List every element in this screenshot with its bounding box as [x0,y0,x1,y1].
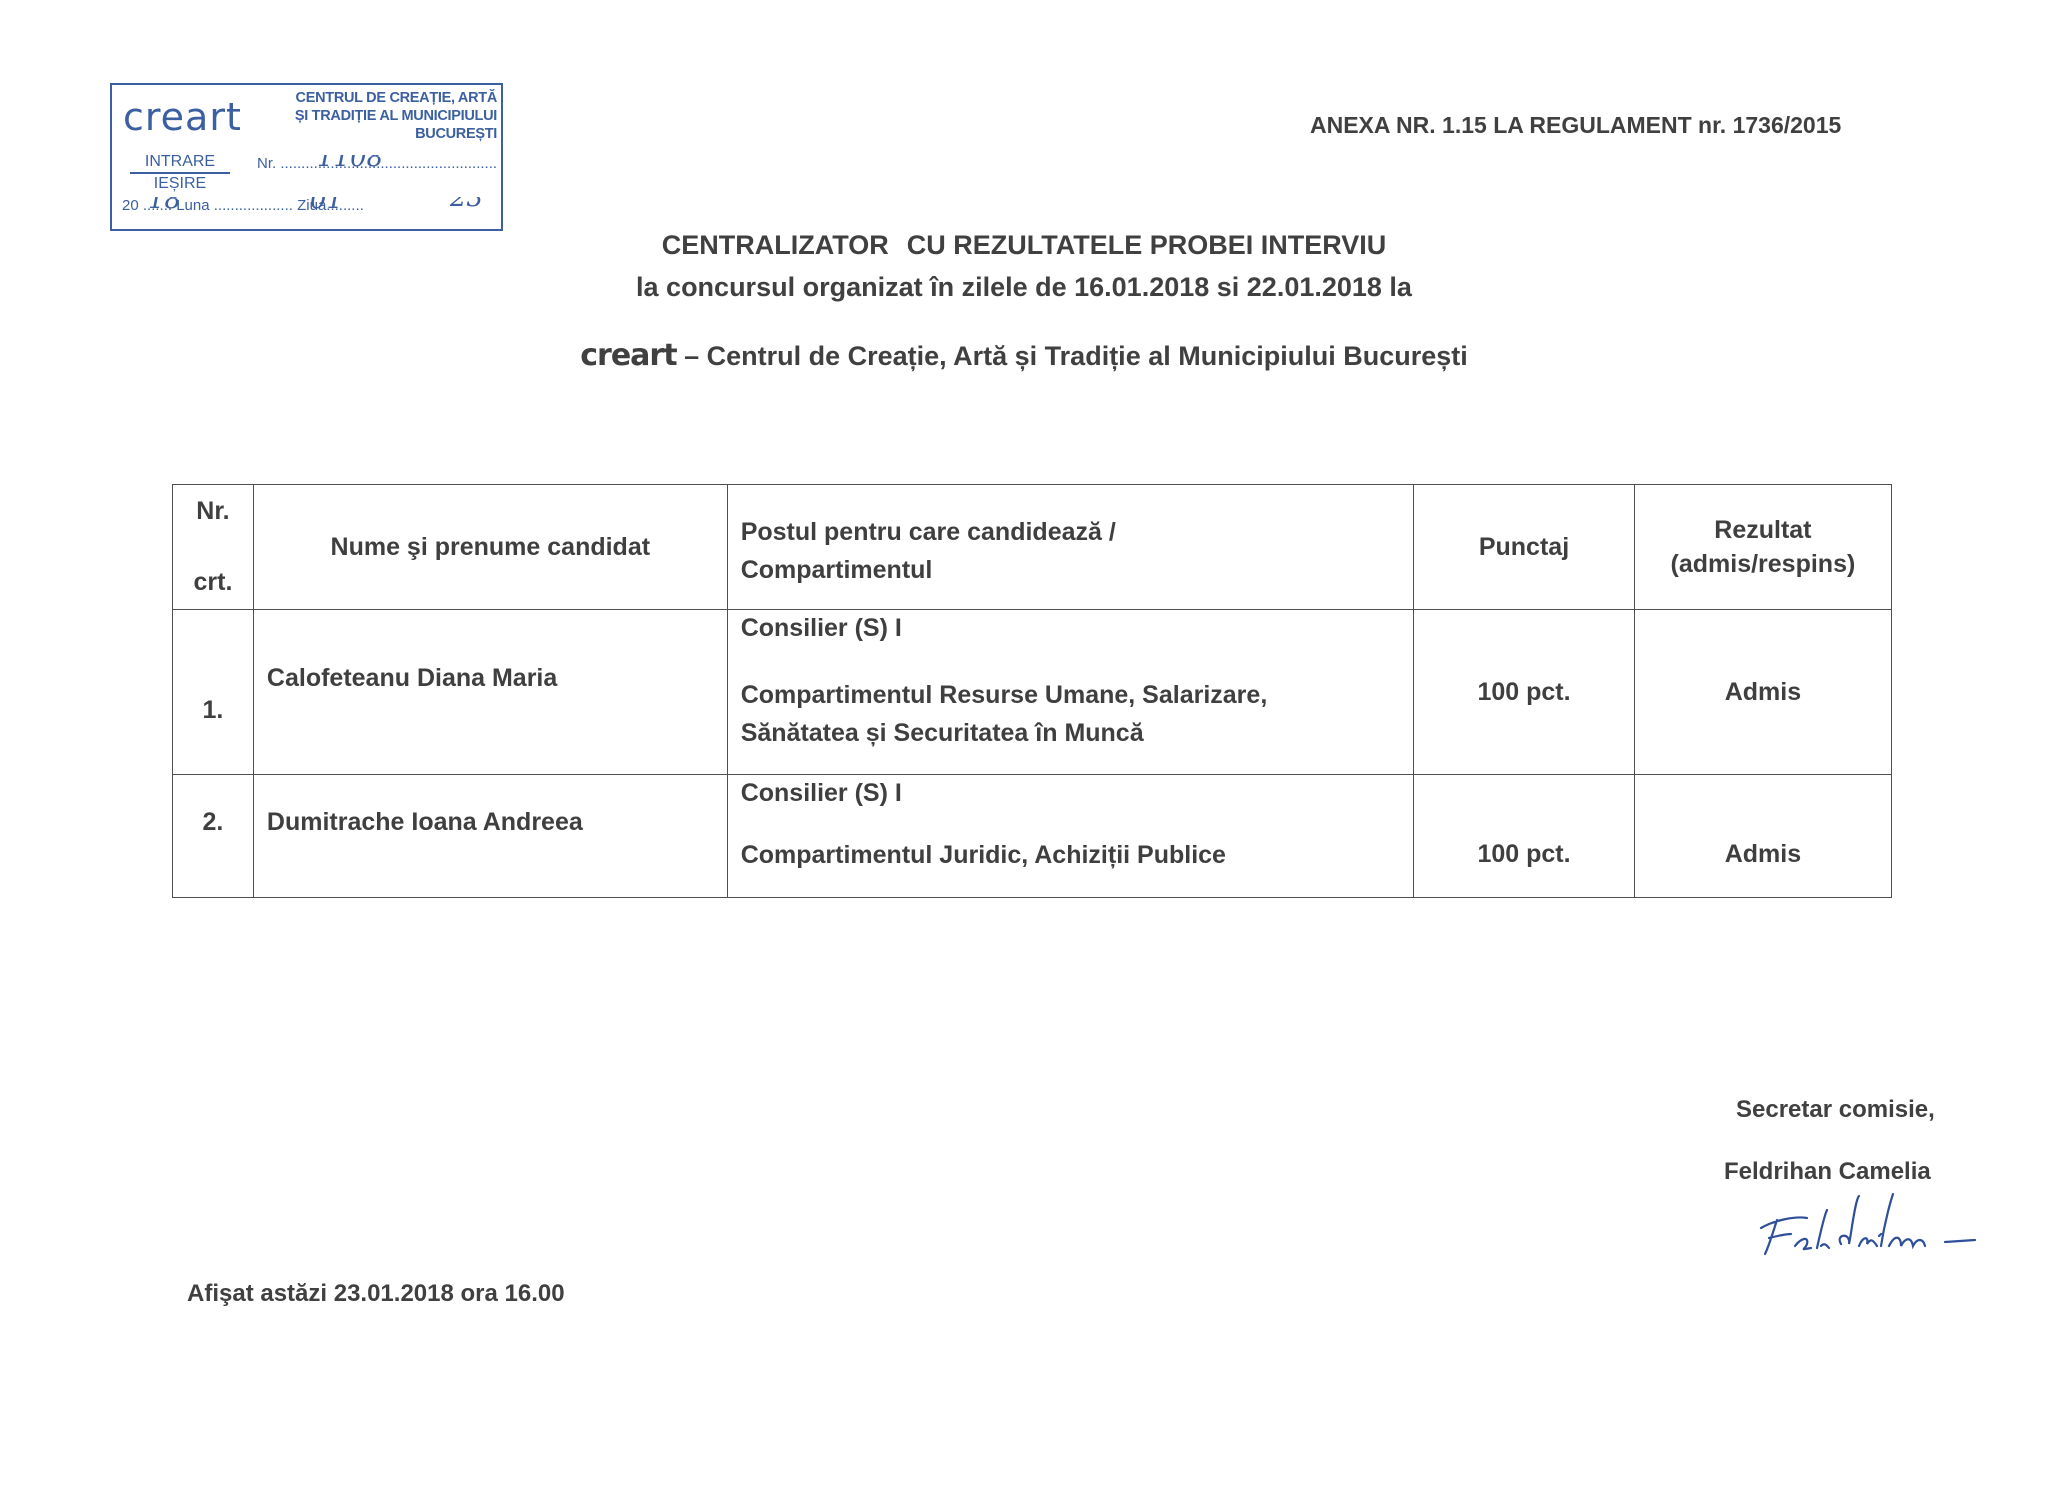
position-title: Consilier (S) I [741,614,902,643]
department-line2: Sănătatea și Securitatea în Muncă [741,714,1268,752]
results-table: Nr. crt. Nume şi prenume candidat Postul… [172,484,1892,898]
table-header-row: Nr. crt. Nume şi prenume candidat Postul… [173,485,1892,610]
score: 100 pct. [1477,840,1570,868]
stamp-year-prefix: 20 [122,197,139,214]
department: Compartimentul Juridic, Achiziții Public… [741,841,1226,870]
stamp-nr-dots: ........................................… [280,155,497,172]
stamp-organization: CENTRUL DE CREAȚIE, ARTĂ ȘI TRADIȚIE AL … [242,89,497,143]
table-row: 1. Calofeteanu Diana Maria Consilier (S)… [173,610,1892,775]
stamp-nr-label: Nr. [257,155,276,172]
header-position-line1: Postul pentru care candidează / [741,513,1414,551]
header-rezultat: Rezultat (admis/respins) [1634,485,1891,610]
candidate-name: Calofeteanu Diana Maria [267,664,557,692]
stamp-nr-value: 1108 [317,155,383,172]
institution-logo: creart [580,338,676,373]
stamp-iesire-label: IEȘIRE [130,174,230,194]
stamp-number-field: Nr. ....................................… [257,155,497,172]
header-position: Postul pentru care candidează / Comparti… [727,485,1414,610]
stamp-logo: creart [123,95,242,139]
header-punctaj: Punctaj [1414,485,1635,610]
institution-line: creart – Centrul de Creație, Artă și Tra… [0,338,2048,373]
registration-stamp: creart CENTRUL DE CREAȚIE, ARTĂ ȘI TRADI… [110,83,503,231]
header-rezultat-line1: Rezultat [1635,513,1891,547]
candidate-name: Dumitrache Ioana Andreea [267,808,583,836]
signature-icon [1755,1190,1985,1260]
row-number: 2. [203,808,224,836]
institution-name: – Centrul de Creație, Artă și Tradiție a… [677,341,1468,371]
score: 100 pct. [1414,610,1635,775]
title-part-1: CENTRALIZATOR [662,230,889,260]
header-nr-line1: Nr. [196,497,229,526]
header-nr-crt: Nr. crt. [173,485,254,610]
secretary-name: Feldrihan Camelia [1724,1158,1931,1186]
stamp-intrare-label: INTRARE [130,152,230,174]
stamp-year-value: 18 [148,197,181,214]
department-line1: Compartimentul Resurse Umane, Salarizare… [741,676,1268,714]
position-title: Consilier (S) I [741,779,902,808]
header-candidate-name: Nume şi prenume candidat [253,485,727,610]
posted-date: Afişat astăzi 23.01.2018 ora 16.00 [187,1280,565,1308]
header-nr-line2: crt. [194,568,233,597]
stamp-luna-label: Luna [176,197,209,214]
stamp-org-line: ȘI TRADIȚIE AL MUNICIPIULUI [242,107,497,125]
stamp-luna-value: 01 [310,197,343,214]
stamp-dots: ................... [210,197,298,214]
row-number: 1. [203,696,224,724]
stamp-ziua-value: 23 [450,197,483,213]
title-part-2: CU REZULTATELE PROBEI INTERVIU [907,230,1387,260]
secretary-label: Secretar comisie, [1736,1096,1935,1124]
department: Compartimentul Resurse Umane, Salarizare… [741,676,1268,752]
document-title: CENTRALIZATORCU REZULTATELE PROBEI INTER… [0,230,2048,261]
stamp-org-line: CENTRUL DE CREAȚIE, ARTĂ [242,89,497,107]
header-rezultat-line2: (admis/respins) [1635,547,1891,581]
annex-reference: ANEXA NR. 1.15 LA REGULAMENT nr. 1736/20… [1310,112,1841,139]
document-subtitle: la concursul organizat în zilele de 16.0… [0,272,2048,303]
header-position-line2: Compartimentul [741,551,1414,589]
stamp-date-field: 20 ....... Luna ................... Ziua… [122,197,500,214]
stamp-org-line: BUCUREȘTI [242,125,497,143]
department-line1: Compartimentul Juridic, Achiziții Public… [741,841,1226,870]
result: Admis [1634,610,1891,775]
table-row: 2. Dumitrache Ioana Andreea Consilier (S… [173,775,1892,898]
result: Admis [1725,840,1801,868]
